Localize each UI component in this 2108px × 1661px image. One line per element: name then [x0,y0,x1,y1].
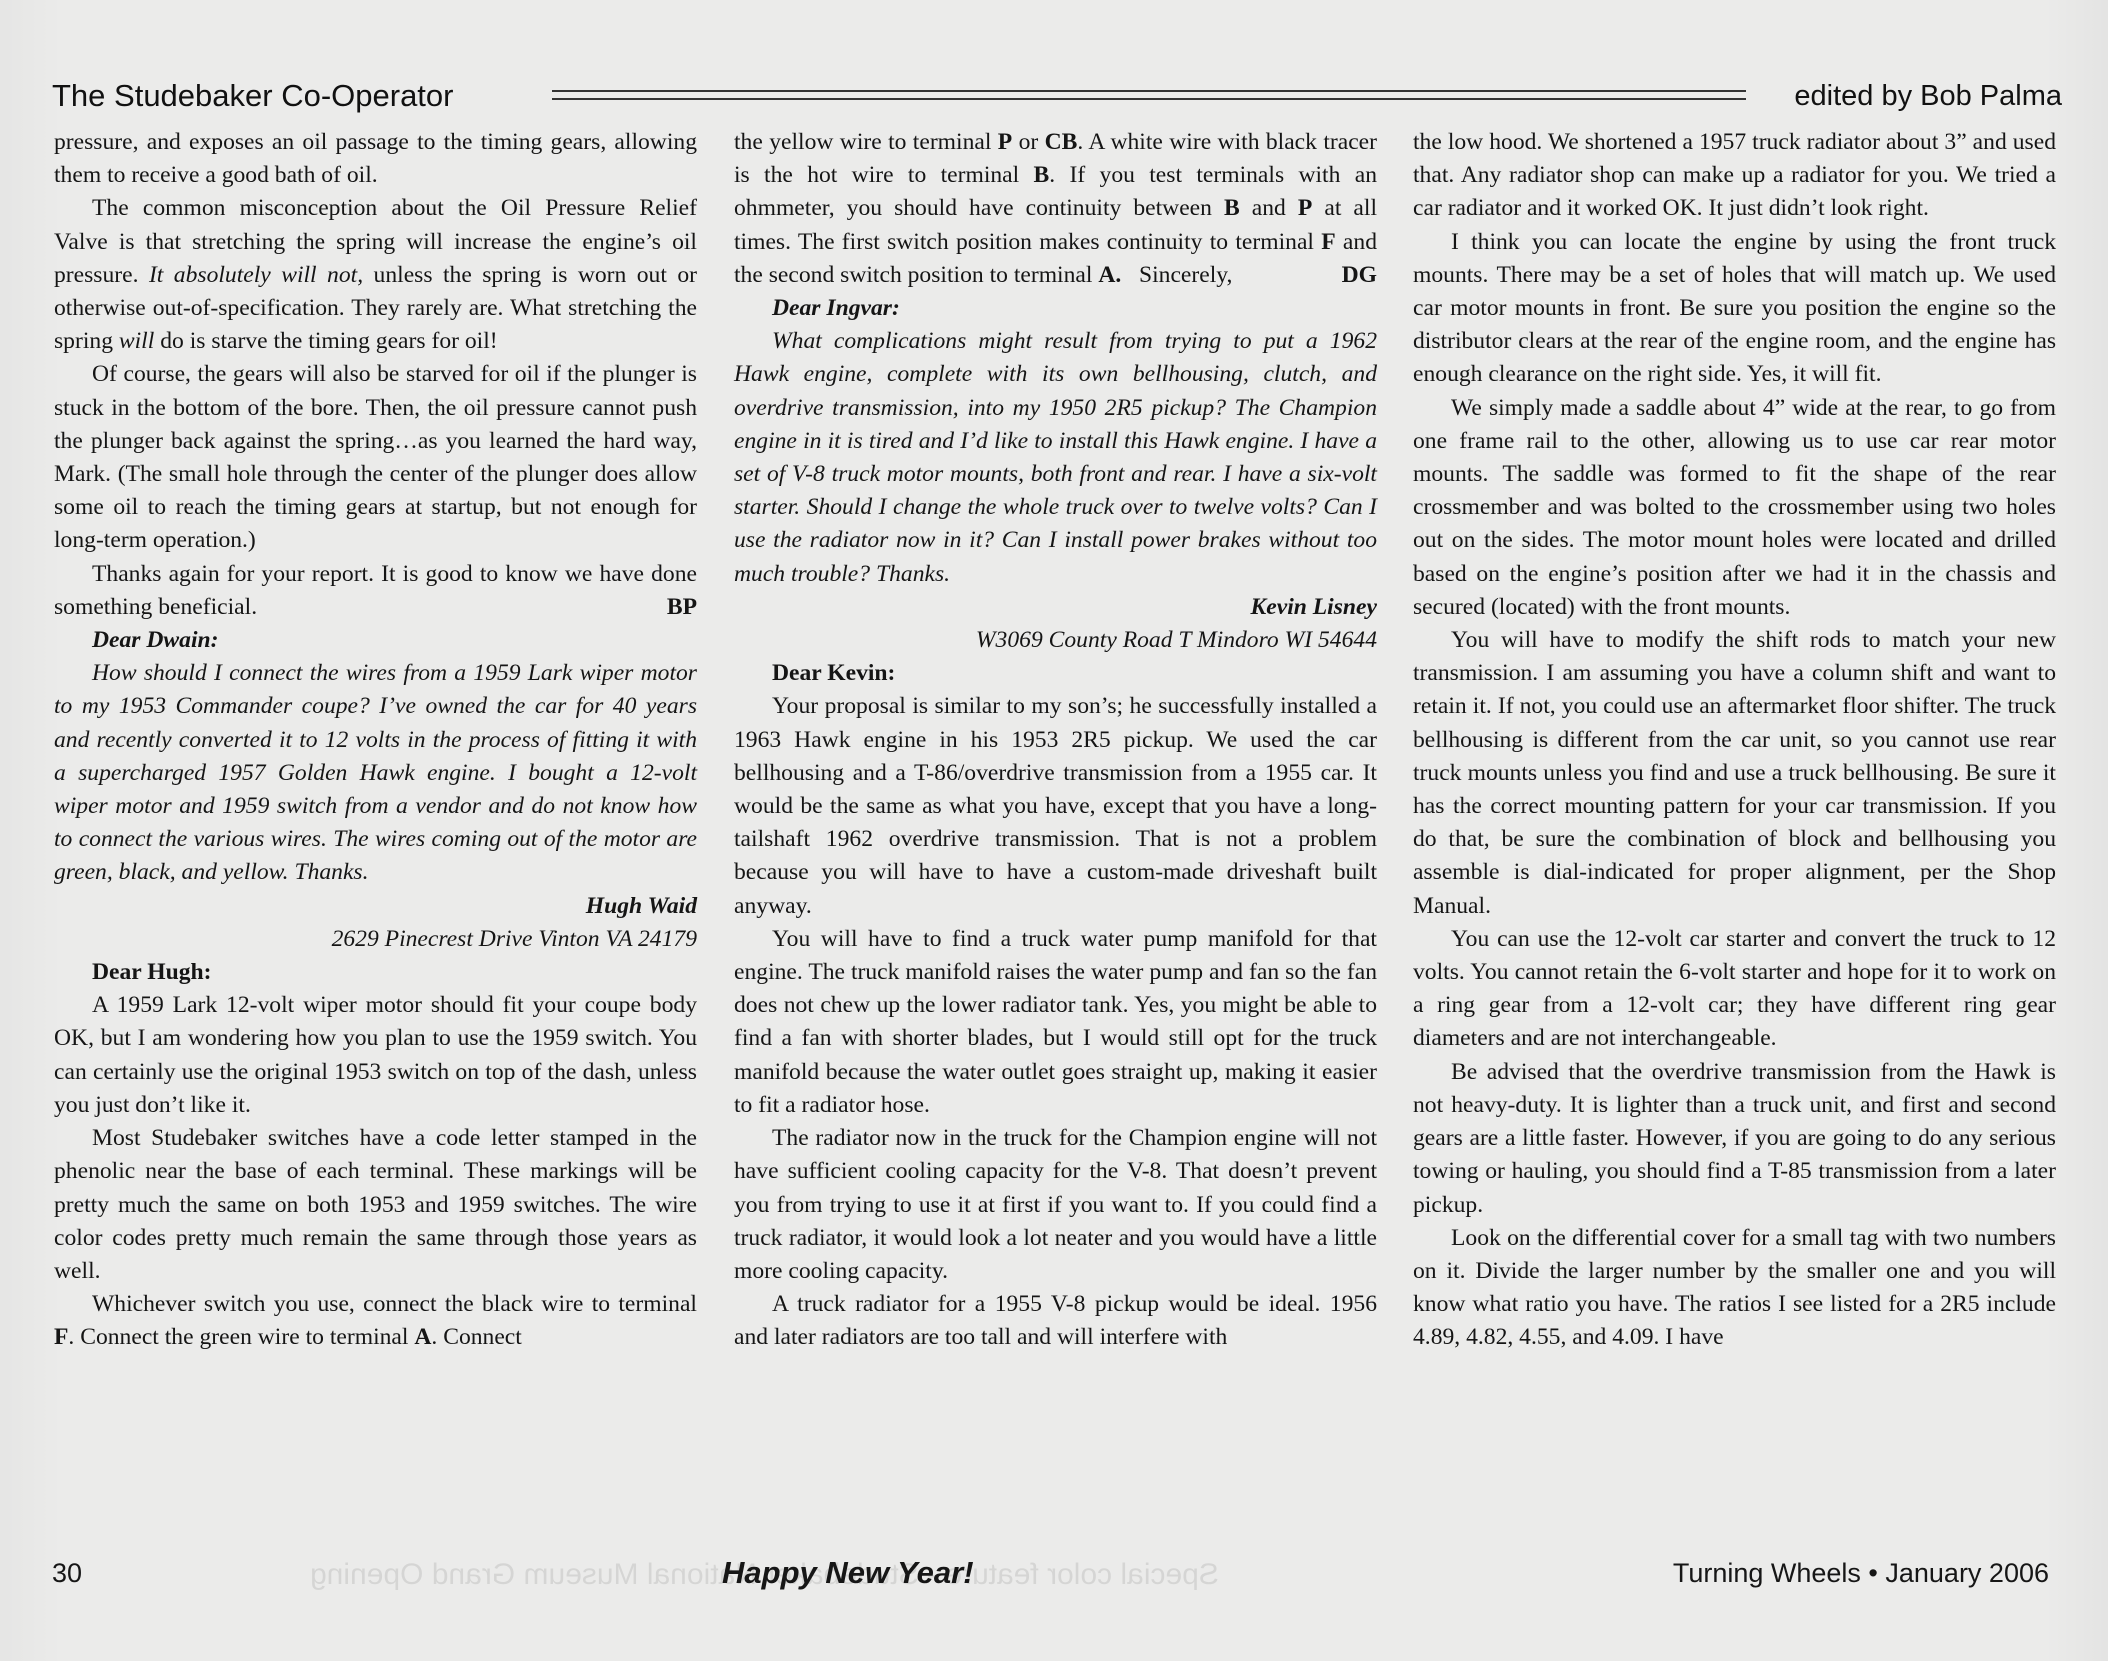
paragraph: Of course, the gears will also be starve… [54,358,697,557]
letter-salutation: Dear Ingvar: [734,292,1377,325]
paragraph: pressure, and exposes an oil passage to … [54,126,697,192]
paragraph: We simply made a saddle about 4” wide at… [1413,392,2056,624]
paragraph: the low hood. We shortened a 1957 truck … [1413,126,2056,226]
paragraph: Most Studebaker switches have a code let… [54,1122,697,1288]
paragraph-with-initials: Thanks again for your report. It is good… [54,558,697,624]
letter-signature-name: Hugh Waid [54,890,697,923]
editor-credit: edited by Bob Palma [1794,76,2062,116]
terminal-label: A [414,1324,431,1350]
text-run: Whichever switch you use, connect the bl… [92,1291,697,1317]
paragraph: You will have to find a truck water pump… [734,923,1377,1122]
running-head: The Studebaker Co-Operator edited by Bob… [52,76,2062,116]
paragraph: I think you can locate the engine by usi… [1413,226,2056,392]
terminal-label: F [1321,229,1335,255]
reply-salutation: Dear Kevin: [734,657,1377,690]
terminal-label: P [998,129,1012,155]
reply-salutation: Dear Hugh: [54,956,697,989]
closing-text: Sincerely, [1121,262,1232,288]
page-number: 30 [52,1553,82,1593]
publication-dateline: Turning Wheels • January 2006 [1673,1553,2049,1593]
paragraph: The common misconception about the Oil P… [54,192,697,358]
text-run: Thanks again for your report. It is good… [54,561,697,620]
terminal-label: B [1224,195,1240,221]
paragraph: Be advised that the overdrive transmissi… [1413,1056,2056,1222]
text-run: . Connect the green wire to terminal [68,1324,414,1350]
paragraph: A truck radiator for a 1955 V-8 pickup w… [734,1288,1377,1354]
terminal-label: B [1034,162,1050,188]
paragraph: You will have to modify the shift rods t… [1413,624,2056,923]
letter-signature-name: Kevin Lisney [734,591,1377,624]
column-title: The Studebaker Co-Operator [52,76,454,116]
text-column-2: the yellow wire to terminal P or CB. A w… [734,126,1377,1355]
paragraph-with-initials: the yellow wire to terminal P or CB. A w… [734,126,1377,292]
author-initials: DG [1342,259,1377,292]
text-run: the yellow wire to terminal [734,129,998,155]
paragraph: Whichever switch you use, connect the bl… [54,1288,697,1354]
terminal-label: F [54,1324,68,1350]
terminal-label: CB [1045,129,1078,155]
paragraph: The radiator now in the truck for the Ch… [734,1122,1377,1288]
paragraph: A 1959 Lark 12-volt wiper motor should f… [54,989,697,1122]
paragraph: Your proposal is similar to my son’s; he… [734,690,1377,922]
magazine-page: The Studebaker Co-Operator edited by Bob… [0,0,2108,1661]
text-column-1: pressure, and exposes an oil passage to … [54,126,697,1355]
author-initials: BP [629,591,697,624]
double-rule-divider [552,90,1746,100]
letter-signature-address: 2629 Pinecrest Drive Vinton VA 24179 [54,923,697,956]
text-run: and [1240,195,1298,221]
emphasis-text: will [119,328,154,354]
text-run: do is starve the timing gears for oil! [154,328,497,354]
emphasis-text: It absolutely will not, [149,262,363,288]
terminal-label: P [1298,195,1312,221]
reader-letter: What complications might result from try… [734,325,1377,591]
letter-salutation: Dear Dwain: [54,624,697,657]
paragraph: Look on the differential cover for a sma… [1413,1222,2056,1355]
footer-greeting: Happy New Year! [722,1553,974,1593]
reader-letter: How should I connect the wires from a 19… [54,657,697,889]
letter-signature-address: W3069 County Road T Mindoro WI 54644 [734,624,1377,657]
text-run: . Connect [431,1324,521,1350]
terminal-label: A. [1098,262,1121,288]
paragraph: You can use the 12-volt car starter and … [1413,923,2056,1056]
text-column-3: the low hood. We shortened a 1957 truck … [1413,126,2056,1355]
text-run: or [1012,129,1044,155]
page-footer: 30 Happy New Year! Turning Wheels • Janu… [52,1553,2049,1593]
